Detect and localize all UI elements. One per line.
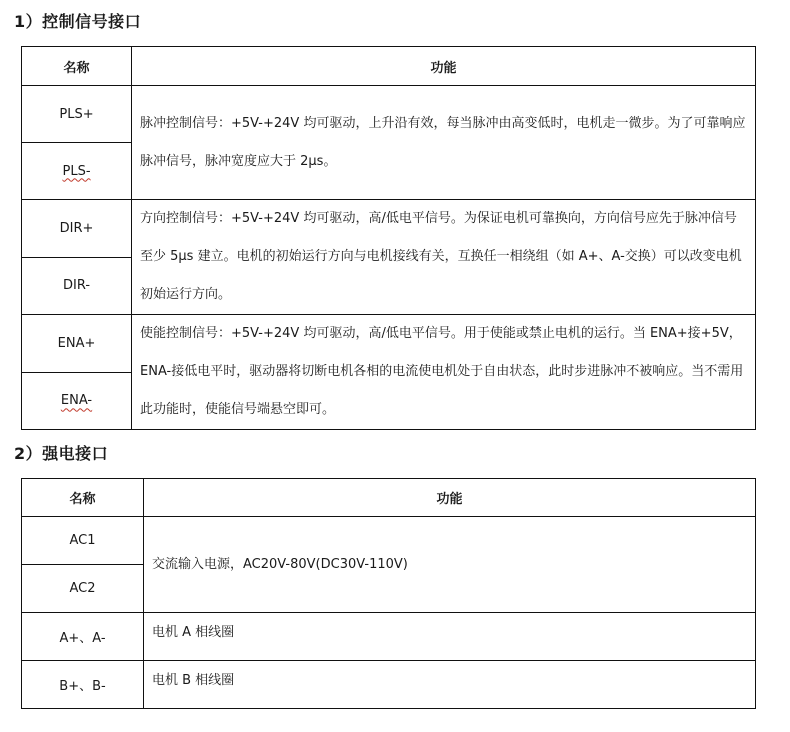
section-heading-control-signal: 1）控制信号接口 [14, 9, 141, 32]
table-row: DIR+ 方向控制信号：+5V-+24V 均可驱动，高/低电平信号。为保证电机可… [22, 200, 756, 258]
header-function: 功能 [144, 479, 756, 517]
header-name: 名称 [22, 47, 132, 86]
header-function: 功能 [132, 47, 756, 86]
section-heading-power-interface: 2）强电接口 [14, 441, 108, 464]
signal-function: 脉冲控制信号：+5V-+24V 均可驱动，上升沿有效，每当脉冲由高变低时，电机走… [132, 86, 756, 200]
table-row: B+、B- 电机 B 相线圈 [22, 661, 756, 709]
signal-function: 使能控制信号：+5V-+24V 均可驱动，高/低电平信号。用于使能或禁止电机的运… [132, 315, 756, 430]
terminal-function: 交流输入电源，AC20V-80V(DC30V-110V) [144, 517, 756, 613]
table-header-row: 名称 功能 [22, 47, 756, 86]
table-row: AC1 交流输入电源，AC20V-80V(DC30V-110V) [22, 517, 756, 565]
control-signal-table: 名称 功能 PLS+ 脉冲控制信号：+5V-+24V 均可驱动，上升沿有效，每当… [21, 46, 756, 430]
signal-name: DIR- [22, 257, 132, 315]
signal-name: ENA- [22, 372, 132, 430]
table-row: PLS+ 脉冲控制信号：+5V-+24V 均可驱动，上升沿有效，每当脉冲由高变低… [22, 86, 756, 143]
terminal-function: 电机 B 相线圈 [144, 661, 756, 709]
table-row: ENA+ 使能控制信号：+5V-+24V 均可驱动，高/低电平信号。用于使能或禁… [22, 315, 756, 373]
signal-name: ENA+ [22, 315, 132, 373]
signal-function: 方向控制信号：+5V-+24V 均可驱动，高/低电平信号。为保证电机可靠换向，方… [132, 200, 756, 315]
terminal-name: AC2 [22, 565, 144, 613]
table-header-row: 名称 功能 [22, 479, 756, 517]
table-row: A+、A- 电机 A 相线圈 [22, 613, 756, 661]
power-interface-table: 名称 功能 AC1 交流输入电源，AC20V-80V(DC30V-110V) A… [21, 478, 756, 709]
signal-name: DIR+ [22, 200, 132, 258]
terminal-name: B+、B- [22, 661, 144, 709]
terminal-function: 电机 A 相线圈 [144, 613, 756, 661]
signal-name: PLS+ [22, 86, 132, 143]
signal-name: PLS- [22, 143, 132, 200]
header-name: 名称 [22, 479, 144, 517]
terminal-name: A+、A- [22, 613, 144, 661]
terminal-name: AC1 [22, 517, 144, 565]
